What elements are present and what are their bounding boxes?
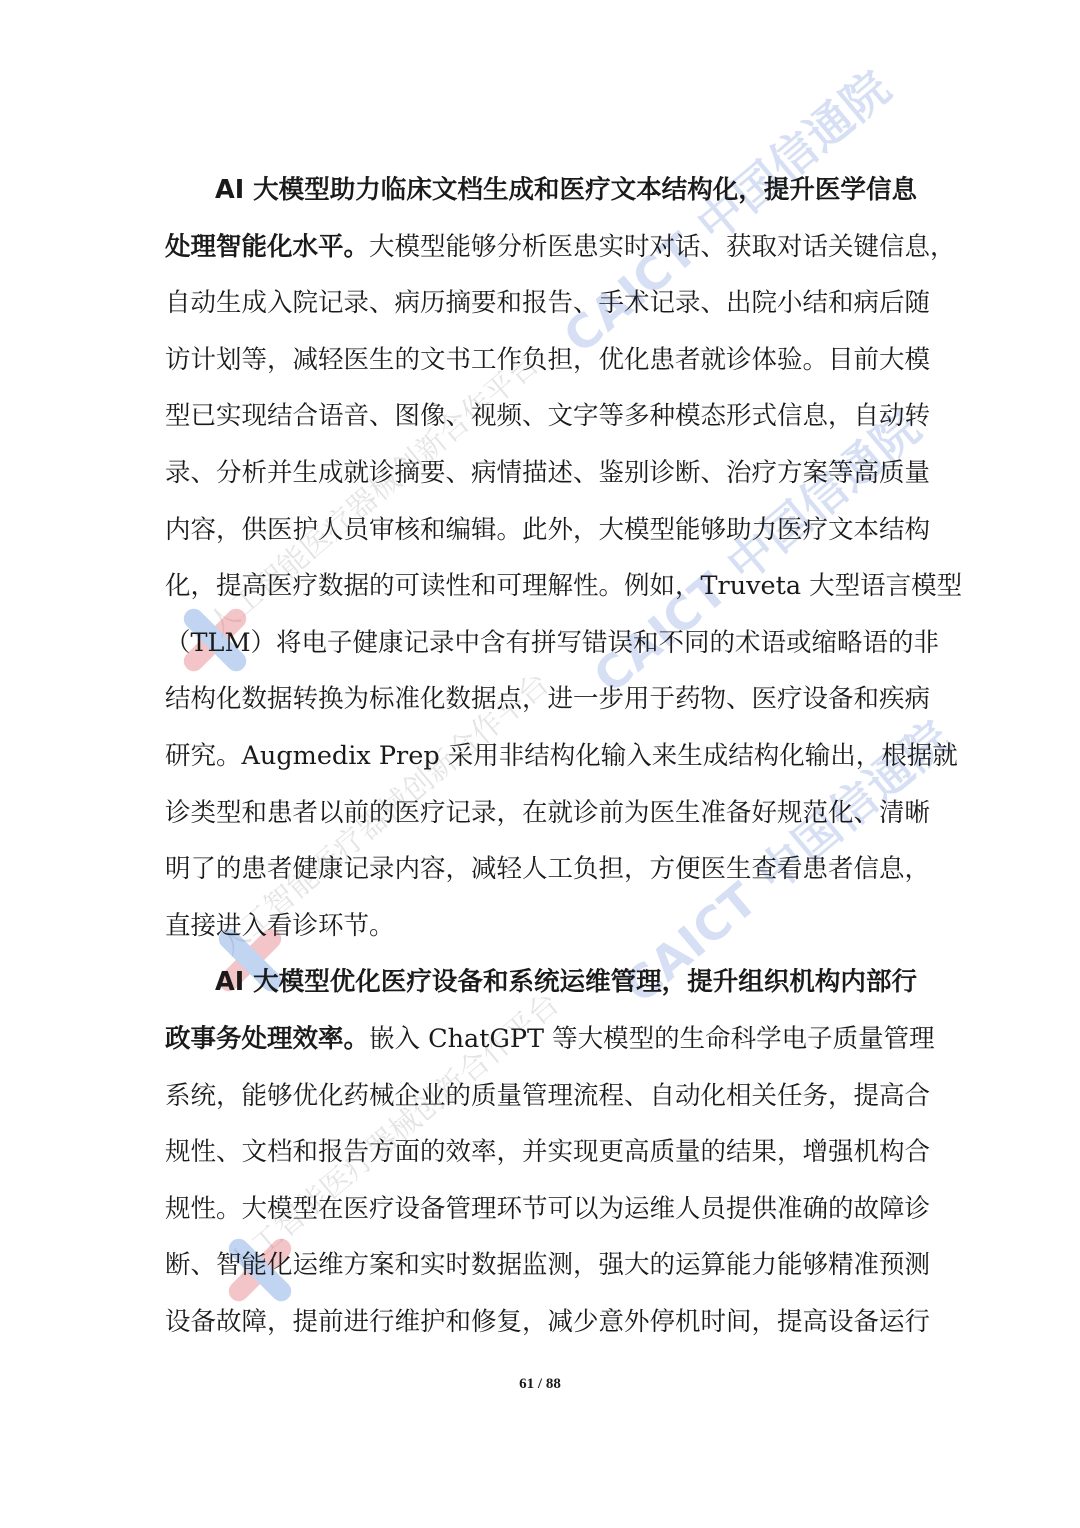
text-line: 诊类型和患者以前的医疗记录，在就诊前为医生准备好规范化、清晰: [165, 785, 917, 842]
text-line: 访计划等，减轻医生的文书工作负担，优化患者就诊体验。目前大模: [165, 332, 917, 389]
text-line: AI 大模型助力临床文档生成和医疗文本结构化，提升医学信息: [165, 162, 917, 219]
paragraph-heading: 政事务处理效率。: [165, 1024, 369, 1054]
text-line: 政事务处理效率。嵌入 ChatGPT 等大模型的生命科学电子质量管理: [165, 1011, 917, 1068]
paragraph-heading: AI 大模型优化医疗设备和系统运维管理，提升组织机构内部行: [215, 967, 917, 997]
text-line: 结构化数据转换为标准化数据点，进一步用于药物、医疗设备和疾病: [165, 671, 917, 728]
text-line: 录、分析并生成就诊摘要、病情描述、鉴别诊断、治疗方案等高质量: [165, 445, 917, 502]
body-text: 大模型能够分析医患实时对话、获取对话关键信息，: [369, 232, 956, 262]
text-line: 研究。Augmedix Prep 采用非结构化输入来生成结构化输出，根据就: [165, 728, 917, 785]
page-number: 61 / 88: [0, 1376, 1080, 1393]
text-line: 自动生成入院记录、病历摘要和报告、手术记录、出院小结和病后随: [165, 275, 917, 332]
paragraph-heading: AI 大模型助力临床文档生成和医疗文本结构化，提升医学信息: [215, 175, 917, 205]
text-line: 处理智能化水平。大模型能够分析医患实时对话、获取对话关键信息，: [165, 219, 917, 276]
text-line: 系统，能够优化药械企业的质量管理流程、自动化相关任务，提高合: [165, 1068, 917, 1125]
text-line: 内容，供医护人员审核和编辑。此外，大模型能够助力医疗文本结构: [165, 502, 917, 559]
text-line: （TLM）将电子健康记录中含有拼写错误和不同的术语或缩略语的非: [165, 615, 917, 672]
text-line: 断、智能化运维方案和实时数据监测，强大的运算能力能够精准预测: [165, 1237, 917, 1294]
paragraph: AI 大模型优化医疗设备和系统运维管理，提升组织机构内部行 政事务处理效率。嵌入…: [165, 954, 917, 1350]
document-body: AI 大模型助力临床文档生成和医疗文本结构化，提升医学信息 处理智能化水平。大模…: [165, 162, 917, 1350]
text-line: 明了的患者健康记录内容，减轻人工负担，方便医生查看患者信息，: [165, 841, 917, 898]
text-line: 型已实现结合语音、图像、视频、文字等多种模态形式信息，自动转: [165, 388, 917, 445]
body-text: 嵌入 ChatGPT 等大模型的生命科学电子质量管理: [369, 1024, 935, 1054]
text-line: 规性。大模型在医疗设备管理环节可以为运维人员提供准确的故障诊: [165, 1181, 917, 1238]
document-page: CAICT 中国信通院 CAICT 中国信通院 CAICT 中国信通院 人工智能…: [0, 0, 1080, 1528]
text-line: 直接进入看诊环节。: [165, 898, 917, 955]
text-line: 设备故障，提前进行维护和修复，减少意外停机时间，提高设备运行: [165, 1294, 917, 1351]
paragraph-heading: 处理智能化水平。: [165, 232, 369, 262]
text-line: AI 大模型优化医疗设备和系统运维管理，提升组织机构内部行: [165, 954, 917, 1011]
paragraph: AI 大模型助力临床文档生成和医疗文本结构化，提升医学信息 处理智能化水平。大模…: [165, 162, 917, 954]
text-line: 化，提高医疗数据的可读性和可理解性。例如，Truveta 大型语言模型: [165, 558, 917, 615]
text-line: 规性、文档和报告方面的效率，并实现更高质量的结果，增强机构合: [165, 1124, 917, 1181]
